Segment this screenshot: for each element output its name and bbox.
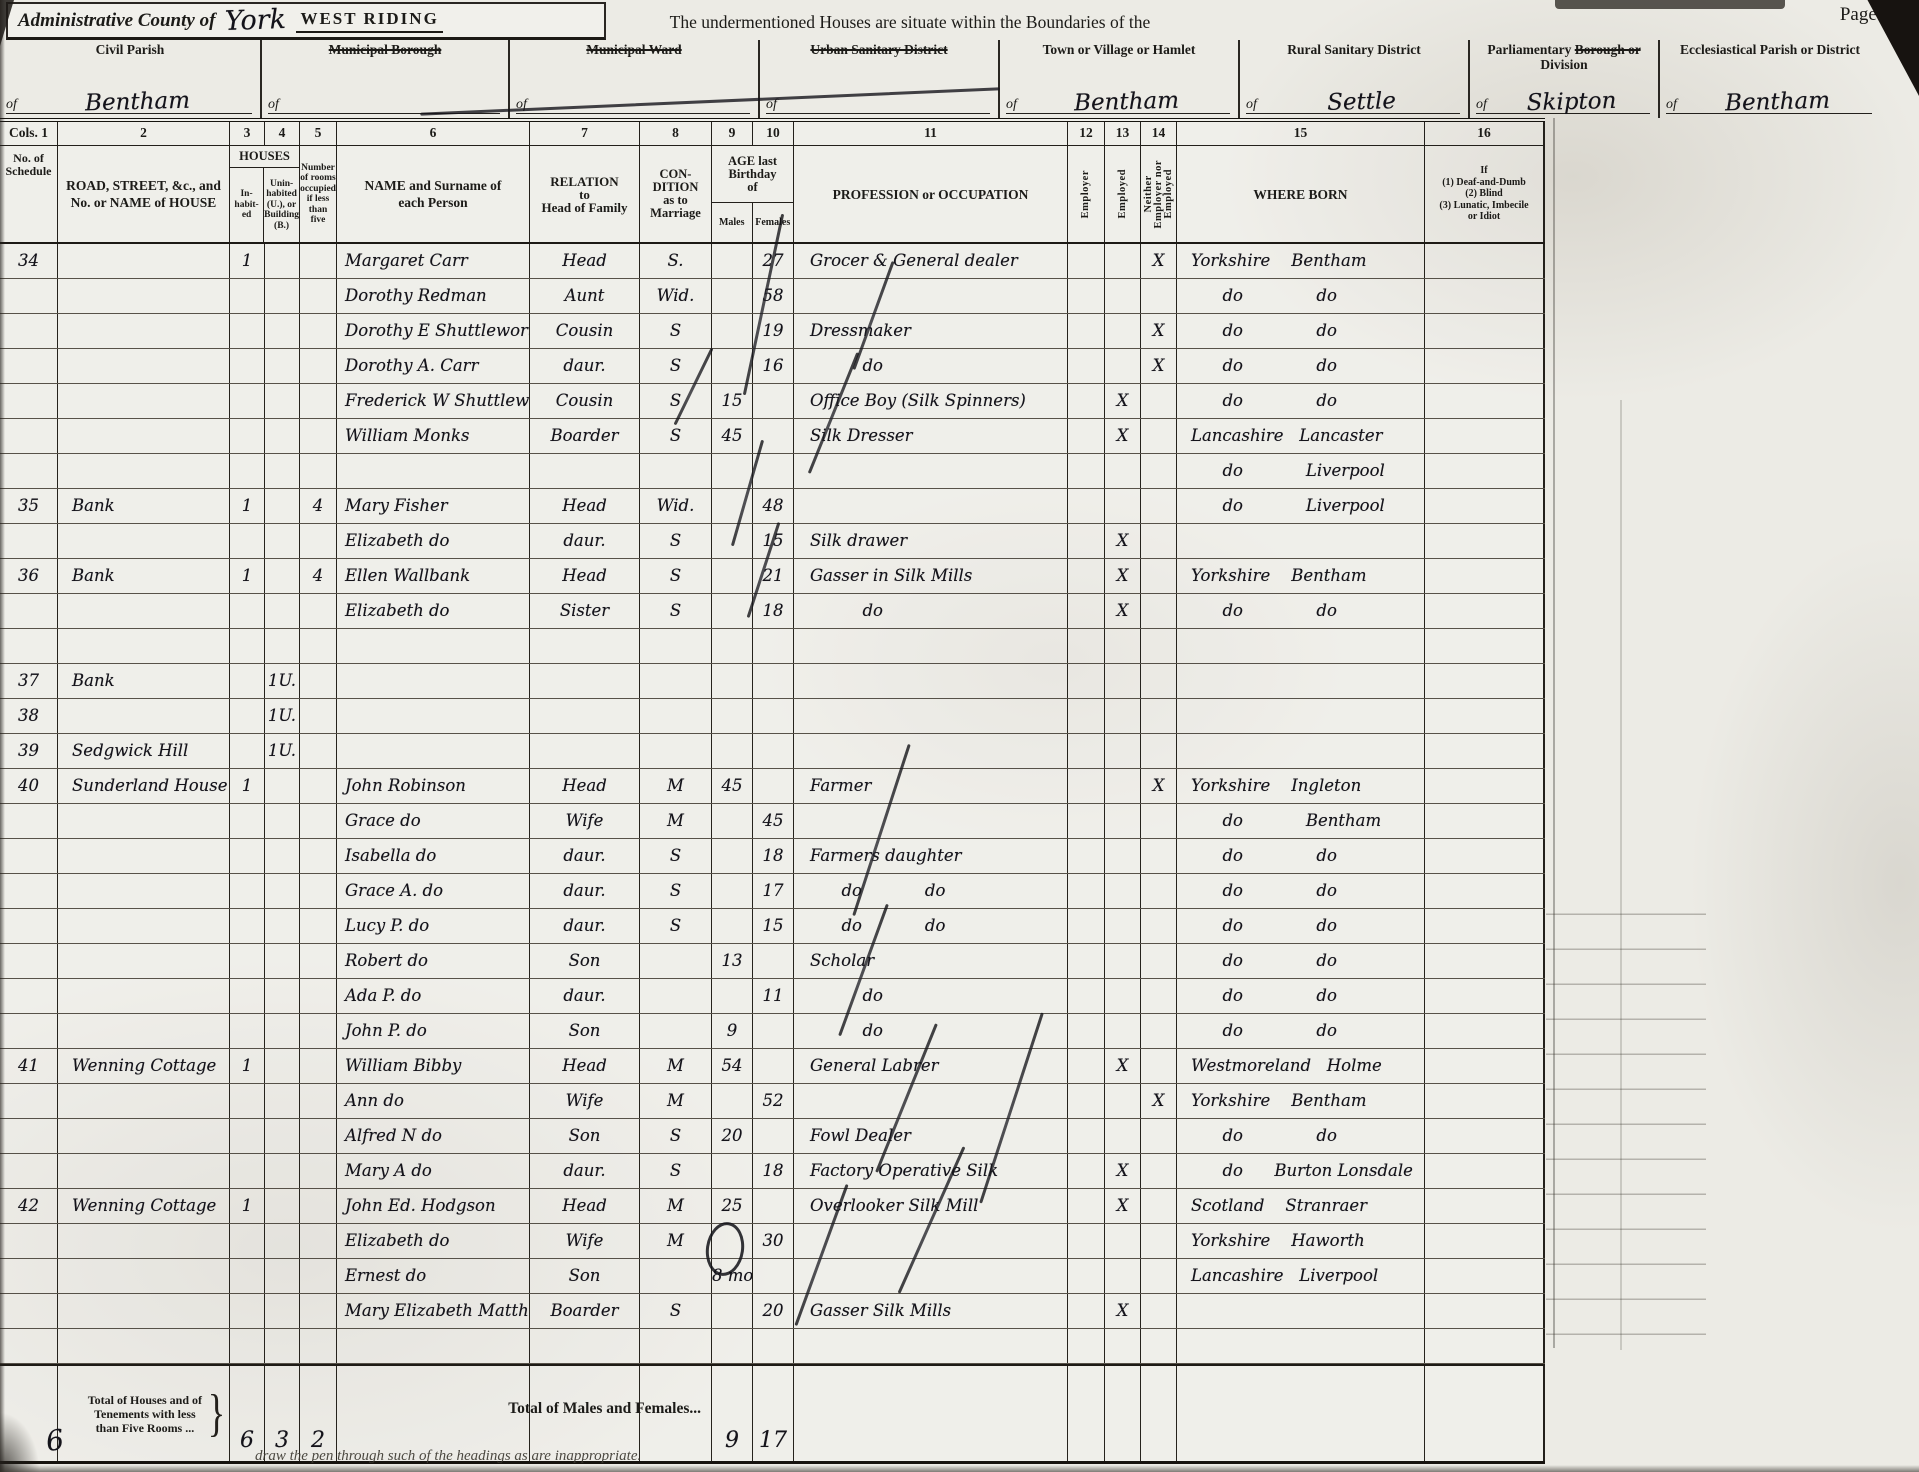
cell-rooms — [300, 1224, 337, 1258]
cell-employed-mark: X — [1105, 559, 1141, 593]
cell-infirmity — [1425, 1119, 1545, 1153]
cell-age-female — [753, 1329, 794, 1363]
scan-artifact — [0, 1465, 1919, 1472]
census-row: Isabella do daur. S 18 Farmers daughter … — [0, 839, 1545, 874]
cell-person-name: William Monks — [337, 419, 530, 453]
census-row: 42 Wenning Cottage 1 John Ed. Hodgson He… — [0, 1189, 1545, 1224]
cell-employer-mark — [1068, 1224, 1105, 1258]
cell-employed-mark — [1105, 244, 1141, 278]
cell-employer-mark — [1068, 839, 1105, 873]
cell-occupation — [794, 699, 1068, 733]
cell-age-male — [712, 734, 753, 768]
census-row: Frederick W Shuttleworth Cousin S 15 Off… — [0, 384, 1545, 419]
cell-uninhabited — [265, 1294, 300, 1328]
cell-where-born: do do — [1177, 314, 1425, 348]
cell-age-female — [753, 1014, 794, 1048]
cell-rooms — [300, 909, 337, 943]
cell-age-male — [712, 629, 753, 663]
cell-schedule-number — [0, 629, 58, 663]
header-houses-group: HOUSES In- habit- ed Unin- habited (U.),… — [230, 146, 300, 242]
cell-rooms: 4 — [300, 489, 337, 523]
cell-road-name — [58, 454, 230, 488]
cell-relation: Head — [530, 244, 640, 278]
cell-person-name: Mary A do — [337, 1154, 530, 1188]
census-row — [0, 629, 1545, 664]
census-row: Mary A do daur. S 18 Factory Operative S… — [0, 1154, 1545, 1189]
col-num-14: 14 — [1141, 122, 1177, 145]
district-of-line: of Settle — [1246, 91, 1460, 114]
cell-schedule-number — [0, 384, 58, 418]
col-num-8: 8 — [640, 122, 712, 145]
col-num-12: 12 — [1068, 122, 1105, 145]
cell-employed-mark — [1105, 909, 1141, 943]
cell-age-female — [753, 629, 794, 663]
cell-infirmity — [1425, 349, 1545, 383]
cell-employer-mark — [1068, 1119, 1105, 1153]
cell-infirmity — [1425, 664, 1545, 698]
census-row: Grace A. do daur. S 17 do do do do — [0, 874, 1545, 909]
cell-uninhabited — [265, 874, 300, 908]
houses-total-inhabited: 6 — [230, 1366, 265, 1461]
cell-infirmity — [1425, 1084, 1545, 1118]
cell-employer-mark — [1068, 629, 1105, 663]
cell-infirmity — [1425, 769, 1545, 803]
cell-employed-mark: X — [1105, 524, 1141, 558]
district-value: Settle — [1263, 88, 1461, 115]
cell-age-female — [753, 384, 794, 418]
cell-occupation: Factory Operative Silk — [794, 1154, 1068, 1188]
district-label: Ecclesiastical Parish or District — [1666, 42, 1874, 58]
cell-neither-mark — [1141, 594, 1177, 628]
cell-occupation: Grocer & General dealer — [794, 244, 1068, 278]
cell-infirmity — [1425, 314, 1545, 348]
cell-neither-mark — [1141, 1224, 1177, 1258]
cell-where-born: do do — [1177, 384, 1425, 418]
cell-condition: M — [640, 1189, 712, 1223]
cell-relation — [530, 699, 640, 733]
district-value: Bentham — [1023, 88, 1231, 115]
col-num-13: 13 — [1105, 122, 1141, 145]
cell-infirmity — [1425, 699, 1545, 733]
cell-condition — [640, 1259, 712, 1293]
census-row: Robert do Son 13 Scholar do do — [0, 944, 1545, 979]
cell-infirmity — [1425, 1224, 1545, 1258]
cell-schedule-number: 36 — [0, 559, 58, 593]
cell-condition: S — [640, 1294, 712, 1328]
district-of-line: of Bentham — [6, 91, 252, 114]
cell-employed-mark — [1105, 1014, 1141, 1048]
cell-age-female: 52 — [753, 1084, 794, 1118]
cell-uninhabited: 1U. — [265, 664, 300, 698]
cell-road-name — [58, 874, 230, 908]
census-row: John P. do Son 9 do do do — [0, 1014, 1545, 1049]
cell-person-name: Frederick W Shuttleworth — [337, 384, 530, 418]
cell-rooms — [300, 839, 337, 873]
cell-relation: Son — [530, 944, 640, 978]
cell-inhabited — [230, 349, 265, 383]
cell-where-born: Yorkshire Bentham — [1177, 244, 1425, 278]
cell-occupation: Dressmaker — [794, 314, 1068, 348]
males-females-total-label: Total of Males and Females... — [508, 1400, 701, 1418]
cell-uninhabited — [265, 314, 300, 348]
cell-uninhabited — [265, 454, 300, 488]
district-town-village-hamlet: Town or Village or Hamlet of Bentham — [1000, 40, 1240, 118]
cell-condition: M — [640, 804, 712, 838]
cell-where-born: Yorkshire Haworth — [1177, 1224, 1425, 1258]
cell-where-born: do do — [1177, 279, 1425, 313]
cell-where-born: Yorkshire Ingleton — [1177, 769, 1425, 803]
cell-infirmity — [1425, 244, 1545, 278]
cell-person-name: Elizabeth do — [337, 1224, 530, 1258]
cell-age-male: 13 — [712, 944, 753, 978]
cell-employed-mark — [1105, 839, 1141, 873]
cell-occupation — [794, 804, 1068, 838]
cell-employer-mark — [1068, 1154, 1105, 1188]
cell-infirmity — [1425, 1329, 1545, 1363]
of-word: of — [1476, 97, 1487, 113]
cell-rooms — [300, 1329, 337, 1363]
census-row: Ada P. do daur. 11 do do do — [0, 979, 1545, 1014]
cell-relation: Head — [530, 1049, 640, 1083]
cell-relation: Son — [530, 1119, 640, 1153]
cell-employer-mark — [1068, 594, 1105, 628]
cell-neither-mark — [1141, 1049, 1177, 1083]
cell-condition: S — [640, 594, 712, 628]
cell-road-name — [58, 839, 230, 873]
column-numbers-row: Cols. 1 2 3 4 5 6 7 8 9 10 11 12 13 14 1… — [0, 122, 1545, 146]
cell-where-born: do do — [1177, 1014, 1425, 1048]
cell-employed-mark: X — [1105, 1294, 1141, 1328]
cell-inhabited — [230, 944, 265, 978]
cell-age-male — [712, 664, 753, 698]
census-row: Elizabeth do Wife M 30 Yorkshire Haworth — [0, 1224, 1545, 1259]
cell-employed-mark: X — [1105, 594, 1141, 628]
cell-employed-mark — [1105, 699, 1141, 733]
cell-employed-mark — [1105, 1224, 1141, 1258]
census-row: William Monks Boarder S 45 Silk Dresser … — [0, 419, 1545, 454]
cell-where-born: do Bentham — [1177, 804, 1425, 838]
cell-employed-mark — [1105, 454, 1141, 488]
cell-uninhabited — [265, 1259, 300, 1293]
cell-employer-mark — [1068, 1084, 1105, 1118]
admin-county-label: Administrative County of — [18, 10, 215, 32]
cell-infirmity — [1425, 1189, 1545, 1223]
header-road: ROAD, STREET, &c., and No. or NAME of HO… — [58, 146, 230, 242]
cell-relation: daur. — [530, 909, 640, 943]
cell-employed-mark: X — [1105, 384, 1141, 418]
cell-relation: Head — [530, 489, 640, 523]
cell-relation: Cousin — [530, 314, 640, 348]
census-row: Lucy P. do daur. S 15 do do do do — [0, 909, 1545, 944]
cell-person-name: William Bibby — [337, 1049, 530, 1083]
cell-infirmity — [1425, 384, 1545, 418]
district-of-line: of Bentham — [1006, 91, 1230, 114]
cell-person-name: Grace A. do — [337, 874, 530, 908]
cell-inhabited — [230, 699, 265, 733]
cell-inhabited — [230, 874, 265, 908]
cell-where-born: Yorkshire Bentham — [1177, 559, 1425, 593]
cell-employer-mark — [1068, 734, 1105, 768]
cell-schedule-number — [0, 1329, 58, 1363]
cell-road-name — [58, 1294, 230, 1328]
cell-condition — [640, 979, 712, 1013]
cell-age-female: 58 — [753, 279, 794, 313]
cell-employer-mark — [1068, 279, 1105, 313]
cell-uninhabited — [265, 1049, 300, 1083]
cell-relation: Son — [530, 1014, 640, 1048]
cell-neither-mark — [1141, 734, 1177, 768]
cell-age-male — [712, 244, 753, 278]
cell-condition: S — [640, 524, 712, 558]
cell-inhabited — [230, 384, 265, 418]
cell-rooms — [300, 1154, 337, 1188]
cell-rooms — [300, 1259, 337, 1293]
cell-road-name — [58, 314, 230, 348]
cell-rooms — [300, 874, 337, 908]
cell-condition: M — [640, 769, 712, 803]
cell-uninhabited — [265, 1084, 300, 1118]
cell-uninhabited — [265, 1154, 300, 1188]
cell-where-born — [1177, 699, 1425, 733]
cell-where-born: do do — [1177, 349, 1425, 383]
cell-schedule-number: 34 — [0, 244, 58, 278]
col-num-1: Cols. 1 — [0, 122, 58, 145]
cell-employer-mark — [1068, 1294, 1105, 1328]
cell-inhabited — [230, 979, 265, 1013]
cell-schedule-number: 35 — [0, 489, 58, 523]
cell-condition: S — [640, 559, 712, 593]
cell-condition — [640, 629, 712, 663]
cell-age-male: 45 — [712, 769, 753, 803]
cell-relation: Boarder — [530, 1294, 640, 1328]
cell-where-born: Lancashire Lancaster — [1177, 419, 1425, 453]
cell-age-male — [712, 1329, 753, 1363]
cell-condition: S — [640, 874, 712, 908]
col-num-9: 9 — [712, 122, 753, 145]
cell-rooms — [300, 524, 337, 558]
cell-relation — [530, 1329, 640, 1363]
cell-where-born: do do — [1177, 1119, 1425, 1153]
cell-road-name: Bank — [58, 489, 230, 523]
cell-employed-mark — [1105, 629, 1141, 663]
cell-age-male — [712, 1084, 753, 1118]
cell-person-name: Robert do — [337, 944, 530, 978]
header-males: Males — [712, 203, 753, 242]
cell-road-name — [58, 349, 230, 383]
cell-inhabited: 1 — [230, 489, 265, 523]
cell-condition — [640, 944, 712, 978]
cell-inhabited — [230, 1329, 265, 1363]
district-value — [533, 110, 750, 116]
cell-road-name — [58, 1084, 230, 1118]
col-num-11: 11 — [794, 122, 1068, 145]
district-label: Municipal Borough — [268, 42, 502, 58]
cell-road-name — [58, 279, 230, 313]
cell-person-name: Dorothy Redman — [337, 279, 530, 313]
cell-inhabited — [230, 629, 265, 663]
cell-rooms — [300, 1119, 337, 1153]
cell-schedule-number — [0, 314, 58, 348]
cell-employed-mark — [1105, 1259, 1141, 1293]
cell-rooms — [300, 349, 337, 383]
col-num-4: 4 — [265, 122, 300, 145]
cell-schedule-number — [0, 909, 58, 943]
cell-inhabited — [230, 734, 265, 768]
cell-where-born: do Liverpool — [1177, 489, 1425, 523]
cell-employer-mark — [1068, 979, 1105, 1013]
cell-inhabited: 1 — [230, 559, 265, 593]
cell-infirmity — [1425, 279, 1545, 313]
cell-rooms — [300, 769, 337, 803]
district-municipal-borough: Municipal Borough of — [262, 40, 510, 118]
header-employer: Employer — [1068, 146, 1105, 242]
census-row — [0, 1329, 1545, 1364]
cell-schedule-number — [0, 1224, 58, 1258]
header-age-label: AGE last Birthday of — [712, 146, 793, 202]
cell-employer-mark — [1068, 699, 1105, 733]
cell-schedule-number — [0, 1084, 58, 1118]
cell-employed-mark — [1105, 1084, 1141, 1118]
cell-infirmity — [1425, 1294, 1545, 1328]
census-row: Dorothy E Shuttleworth Cousin S 19 Dress… — [0, 314, 1545, 349]
census-row: Grace do Wife M 45 do Bentham — [0, 804, 1545, 839]
cell-person-name — [337, 629, 530, 663]
census-row: 41 Wenning Cottage 1 William Bibby Head … — [0, 1049, 1545, 1084]
cell-uninhabited: 1U. — [265, 734, 300, 768]
cell-road-name: Bank — [58, 664, 230, 698]
cell-rooms — [300, 314, 337, 348]
cell-employer-mark — [1068, 384, 1105, 418]
cell-road-name — [58, 594, 230, 628]
cell-road-name — [58, 909, 230, 943]
cell-condition: Wid. — [640, 489, 712, 523]
scan-artifact — [1555, 0, 1785, 9]
district-civil-parish: Civil Parish of Bentham — [0, 40, 262, 118]
cell-where-born — [1177, 664, 1425, 698]
of-word: of — [1666, 97, 1677, 113]
cell-uninhabited — [265, 419, 300, 453]
cell-occupation: do — [794, 594, 1068, 628]
cell-uninhabited — [265, 489, 300, 523]
cell-person-name — [337, 454, 530, 488]
cell-employed-mark — [1105, 489, 1141, 523]
footer-houses-label-cell: Total of Houses and of Tenements with le… — [58, 1366, 230, 1461]
cell-relation: daur. — [530, 874, 640, 908]
district-label: Municipal Ward — [516, 42, 752, 58]
cell-schedule-number — [0, 454, 58, 488]
header-uninhabited: Unin- habited (U.), or Building (B.) — [264, 168, 299, 242]
cell-age-female — [753, 1119, 794, 1153]
cell-age-male: 25 — [712, 1189, 753, 1223]
cell-road-name — [58, 419, 230, 453]
cell-neither-mark: X — [1141, 1084, 1177, 1118]
cell-road-name — [58, 384, 230, 418]
cell-schedule-number — [0, 944, 58, 978]
cell-occupation — [794, 489, 1068, 523]
cell-occupation — [794, 664, 1068, 698]
houses-total-label: Total of Houses and of Tenements with le… — [88, 1393, 202, 1435]
cell-age-male — [712, 559, 753, 593]
cell-employed-mark — [1105, 874, 1141, 908]
cell-neither-mark — [1141, 629, 1177, 663]
cell-inhabited — [230, 314, 265, 348]
cell-age-female — [753, 1049, 794, 1083]
district-label: Civil Parish — [6, 42, 254, 58]
cell-person-name: Grace do — [337, 804, 530, 838]
cell-employer-mark — [1068, 1259, 1105, 1293]
cell-neither-mark: X — [1141, 769, 1177, 803]
cell-relation: Aunt — [530, 279, 640, 313]
cell-infirmity — [1425, 944, 1545, 978]
cell-age-female: 18 — [753, 839, 794, 873]
cell-age-female — [753, 699, 794, 733]
scan-artifact — [1553, 118, 1555, 1348]
cell-employer-mark — [1068, 524, 1105, 558]
cell-relation: Sister — [530, 594, 640, 628]
cell-occupation — [794, 1329, 1068, 1363]
census-row: 40 Sunderland House 1 John Robinson Head… — [0, 769, 1545, 804]
cell-employer-mark — [1068, 769, 1105, 803]
census-row: Dorothy Redman Aunt Wid. 58 do do — [0, 279, 1545, 314]
cell-neither-mark — [1141, 489, 1177, 523]
cell-inhabited — [230, 419, 265, 453]
cell-inhabited — [230, 1084, 265, 1118]
cell-uninhabited — [265, 349, 300, 383]
cell-age-female: 18 — [753, 1154, 794, 1188]
cell-neither-mark — [1141, 699, 1177, 733]
census-row: 39 Sedgwick Hill 1U. — [0, 734, 1545, 769]
census-row: Mary Elizabeth Matthews Boarder S 20 Gas… — [0, 1294, 1545, 1329]
cell-where-born: Lancashire Liverpool — [1177, 1259, 1425, 1293]
cell-schedule-number: 41 — [0, 1049, 58, 1083]
col-num-3: 3 — [230, 122, 265, 145]
cell-relation — [530, 454, 640, 488]
cell-person-name: John Robinson — [337, 769, 530, 803]
cell-where-born: do do — [1177, 909, 1425, 943]
cell-relation: Wife — [530, 804, 640, 838]
cell-occupation: do do — [794, 909, 1068, 943]
cell-occupation: Farmers daughter — [794, 839, 1068, 873]
cell-road-name — [58, 1154, 230, 1188]
cell-inhabited — [230, 804, 265, 838]
cell-infirmity — [1425, 594, 1545, 628]
cell-rooms — [300, 1294, 337, 1328]
cell-neither-mark: X — [1141, 314, 1177, 348]
cell-schedule-number — [0, 279, 58, 313]
cell-schedule-number: 42 — [0, 1189, 58, 1223]
cell-uninhabited — [265, 1189, 300, 1223]
col-num-5: 5 — [300, 122, 337, 145]
cell-infirmity — [1425, 419, 1545, 453]
cell-where-born: do Liverpool — [1177, 454, 1425, 488]
cell-road-name: Bank — [58, 559, 230, 593]
cell-age-male: 9 — [712, 1014, 753, 1048]
district-label: Town or Village or Hamlet — [1006, 42, 1232, 58]
cell-relation: Boarder — [530, 419, 640, 453]
cell-occupation: Fowl Dealer — [794, 1119, 1068, 1153]
admin-county-value: York — [225, 9, 287, 31]
cell-person-name: Alfred N do — [337, 1119, 530, 1153]
scan-right-ruling — [1546, 880, 1706, 1340]
cell-road-name — [58, 629, 230, 663]
cell-employed-mark — [1105, 979, 1141, 1013]
cell-relation: Wife — [530, 1084, 640, 1118]
cell-where-born — [1177, 524, 1425, 558]
cell-age-female: 16 — [753, 349, 794, 383]
cell-age-female — [753, 1259, 794, 1293]
cell-infirmity — [1425, 979, 1545, 1013]
cell-uninhabited — [265, 804, 300, 838]
